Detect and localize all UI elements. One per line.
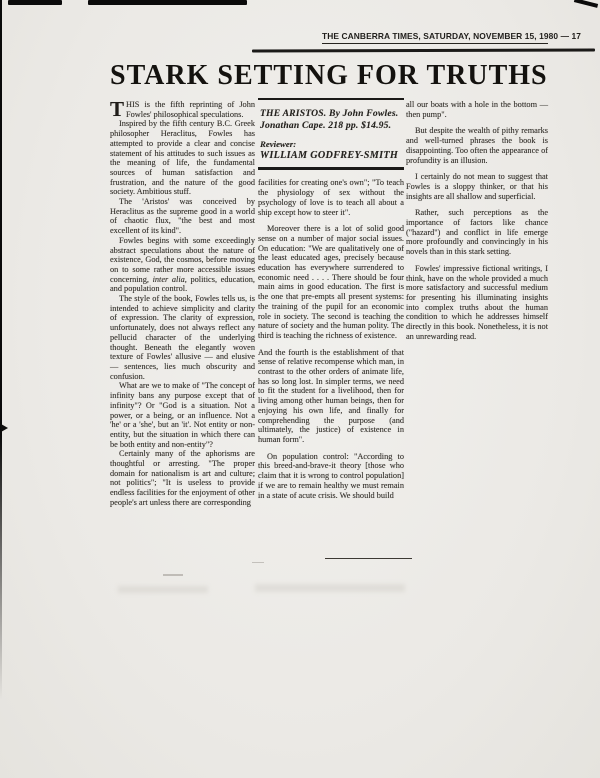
- article-paragraph: On population control: "According to thi…: [258, 452, 404, 501]
- article-paragraph: all our boats with a hole in the bottom …: [406, 100, 548, 119]
- margin-arrow-mark: [1, 424, 8, 432]
- end-of-article-rule: [325, 558, 412, 559]
- review-info-box: THE ARISTOS. By John Fowles. Jonathan Ca…: [258, 98, 404, 170]
- scan-mark-top-center: [88, 0, 247, 5]
- article-paragraph: THIS is the fifth reprinting of John Fow…: [110, 100, 255, 119]
- article-paragraph: Inspired by the fifth century B.C. Greek…: [110, 119, 255, 197]
- article-paragraph: The 'Aristos' was conceived by Heraclitu…: [110, 197, 255, 236]
- scan-edge-line: [0, 0, 2, 700]
- drop-cap: T: [110, 100, 126, 117]
- article-paragraph: Certainly many of the aphorisms are thou…: [110, 449, 255, 507]
- article-paragraph: Fowles begins with some exceedingly abst…: [110, 236, 255, 294]
- reviewer-label: Reviewer:: [260, 140, 402, 150]
- article-column-middle: THE ARISTOS. By John Fowles. Jonathan Ca…: [258, 98, 404, 500]
- article-column-right: all our boats with a hole in the bottom …: [406, 100, 548, 341]
- masthead-dateline: THE CANBERRA TIMES, SATURDAY, NOVEMBER 1…: [322, 31, 548, 44]
- article-paragraph: Fowles' impressive fictional writings, I…: [406, 264, 548, 342]
- faint-pencil-dash: [252, 562, 264, 563]
- book-info: THE ARISTOS. By John Fowles. Jonathan Ca…: [260, 108, 402, 132]
- article-column-left: THIS is the fifth reprinting of John Fow…: [110, 100, 255, 508]
- article-paragraph: But despite the wealth of pithy remarks …: [406, 126, 548, 165]
- article-paragraph: facilities for creating one's own"; "To …: [258, 178, 404, 217]
- article-paragraph: Moreover there is a lot of solid good se…: [258, 224, 404, 340]
- article-headline: STARK SETTING FOR TRUTHS: [110, 60, 546, 92]
- article-paragraph: The style of the book, Fowles tells us, …: [110, 294, 255, 381]
- article-column-middle-text: facilities for creating one's own"; "To …: [258, 178, 404, 500]
- scan-mark-top-left: [8, 0, 62, 5]
- article-paragraph: What are we to make of "The concept of i…: [110, 381, 255, 449]
- masthead-rule: [252, 49, 595, 53]
- article-paragraph: I certainly do not mean to suggest that …: [406, 172, 548, 201]
- article-paragraph: Rather, such perceptions as the importan…: [406, 208, 548, 257]
- article-paragraph: And the fourth is the establishment of t…: [258, 348, 404, 445]
- faint-pencil-dash: [163, 574, 183, 576]
- newspaper-page-scan: THE CANBERRA TIMES, SATURDAY, NOVEMBER 1…: [0, 0, 600, 778]
- ink-ghost-smudge: [255, 584, 405, 592]
- ink-ghost-smudge: [118, 586, 208, 593]
- scan-mark-top-right: [574, 0, 598, 8]
- reviewer-name: WILLIAM GODFREY-SMITH: [260, 151, 402, 161]
